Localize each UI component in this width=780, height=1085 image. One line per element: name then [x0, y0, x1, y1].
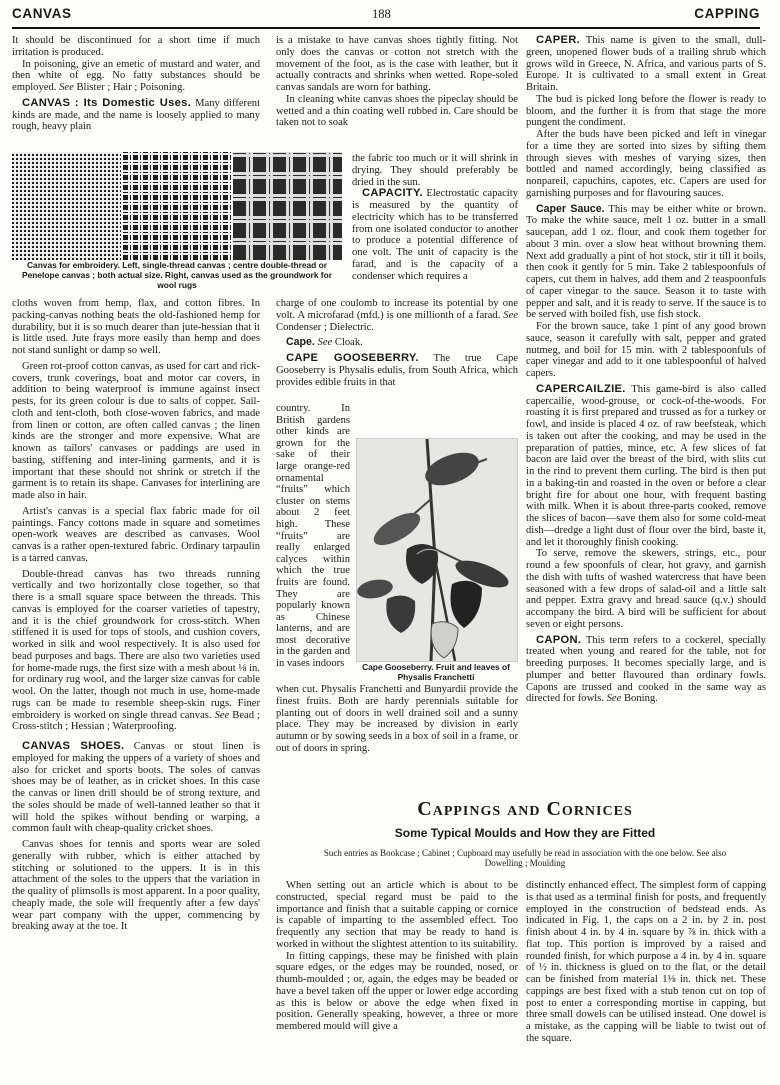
- paragraph: In cleaning white canvas shoes the pipec…: [276, 94, 518, 129]
- entry-heading: CAPACITY.: [362, 187, 423, 199]
- running-header: CANVAS 188 CAPPING: [0, 0, 780, 22]
- column-1-middle: cloths woven from hemp, flax, and cotton…: [12, 298, 260, 933]
- entry-cape: Cape. See Cloak.: [276, 337, 518, 349]
- paragraph: Double-thread canvas has two threads run…: [12, 569, 260, 734]
- column-3: CAPER. This name is given to the small, …: [526, 35, 766, 705]
- paragraph: Green rot-proof cotton canvas, as used f…: [12, 361, 260, 502]
- paragraph: the fabric too much or it will shrink in…: [352, 153, 518, 188]
- column-2-narrow: country. In British gardens other kinds …: [276, 403, 350, 670]
- article-subtitle: Some Typical Moulds and How they are Fit…: [270, 826, 780, 840]
- plant-illustration: [357, 439, 517, 661]
- entry-caper: CAPER. This name is given to the small, …: [526, 35, 766, 94]
- paragraph: is a mistake to have canvas shoes tightl…: [276, 35, 518, 94]
- paragraph: Artist's canvas is a special flax fabric…: [12, 506, 260, 565]
- paragraph: country. In British gardens other kinds …: [276, 403, 350, 670]
- column-2-top: is a mistake to have canvas shoes tightl…: [276, 35, 518, 129]
- paragraph: The bud is picked long before the flower…: [526, 94, 766, 129]
- paragraph: When setting out an article which is abo…: [276, 880, 518, 951]
- penelope-canvas-image: [123, 152, 232, 260]
- paragraph: It should be discontinued for a short ti…: [12, 35, 260, 59]
- entry-canvas: CANVAS : Its Domestic Uses. Many differe…: [12, 98, 260, 133]
- entry-heading: Cape.: [286, 336, 315, 348]
- page-number: 188: [372, 7, 391, 22]
- paragraph: To serve, remove the skewers, strings, e…: [526, 548, 766, 630]
- article-cross-reference-note: Such entries as Bookcase ; Cabinet ; Cup…: [305, 848, 745, 868]
- entry-heading: CANVAS : Its Domestic Uses.: [22, 97, 191, 109]
- paragraph: distinctly enhanced effect. The simplest…: [526, 880, 766, 1045]
- figure-caption: Cape Gooseberry. Fruit and leaves of Phy…: [356, 663, 516, 682]
- entry-heading: CAPERCAILZIE.: [536, 383, 626, 395]
- column-2-bottom: when cut. Physalis Franchetti and Bunyar…: [276, 684, 518, 755]
- guide-word-right: CAPPING: [694, 6, 760, 21]
- entry-heading: CAPE GOOSEBERRY.: [286, 352, 419, 364]
- entry-capon: CAPON. This term refers to a cockerel, s…: [526, 635, 766, 706]
- column-2-wrap: the fabric too much or it will shrink in…: [352, 153, 518, 282]
- entry-heading: CAPON.: [536, 634, 581, 646]
- entry-caper-sauce: Caper Sauce. This may be either white or…: [526, 204, 766, 322]
- paragraph: when cut. Physalis Franchetti and Bunyar…: [276, 684, 518, 755]
- paragraph: In fitting cappings, these may be finish…: [276, 951, 518, 1033]
- column-2-middle: charge of one coulomb to increase its po…: [276, 298, 518, 388]
- entry-capercailzie: CAPERCAILZIE. This game-bird is also cal…: [526, 384, 766, 549]
- entry-capacity: CAPACITY. Electrostatic capacity is meas…: [352, 188, 518, 282]
- article-column-1: When setting out an article which is abo…: [276, 880, 518, 1033]
- rug-canvas-image: [233, 152, 342, 260]
- paragraph: Canvas shoes for tennis and sports wear …: [12, 839, 260, 933]
- column-1-top: It should be discontinued for a short ti…: [12, 35, 260, 133]
- entry-cape-gooseberry: CAPE GOOSEBERRY. The true Cape Gooseberr…: [276, 353, 518, 388]
- entry-canvas-shoes: CANVAS SHOES. Canvas or stout linen is e…: [12, 741, 260, 835]
- single-thread-canvas-image: [12, 152, 121, 260]
- canvas-weave-figure: [12, 152, 342, 260]
- paragraph: cloths woven from hemp, flax, and cotton…: [12, 298, 260, 357]
- guide-word-left: CANVAS: [12, 6, 72, 21]
- article-column-2: distinctly enhanced effect. The simplest…: [526, 880, 766, 1045]
- paragraph: After the buds have been picked and left…: [526, 129, 766, 200]
- entry-heading: CAPER.: [536, 34, 580, 46]
- paragraph: charge of one coulomb to increase its po…: [276, 298, 518, 333]
- article-title: Cappings and Cornices: [270, 798, 780, 821]
- header-rule: [12, 27, 760, 29]
- paragraph: In poisoning, give an emetic of mustard …: [12, 59, 260, 94]
- entry-heading: CANVAS SHOES.: [22, 740, 124, 752]
- cape-gooseberry-image: [356, 438, 518, 662]
- entry-heading: Caper Sauce.: [536, 203, 605, 215]
- paragraph: For the brown sauce, take 1 pint of any …: [526, 321, 766, 380]
- figure-caption: Canvas for embroidery. Left, single-thre…: [12, 260, 342, 290]
